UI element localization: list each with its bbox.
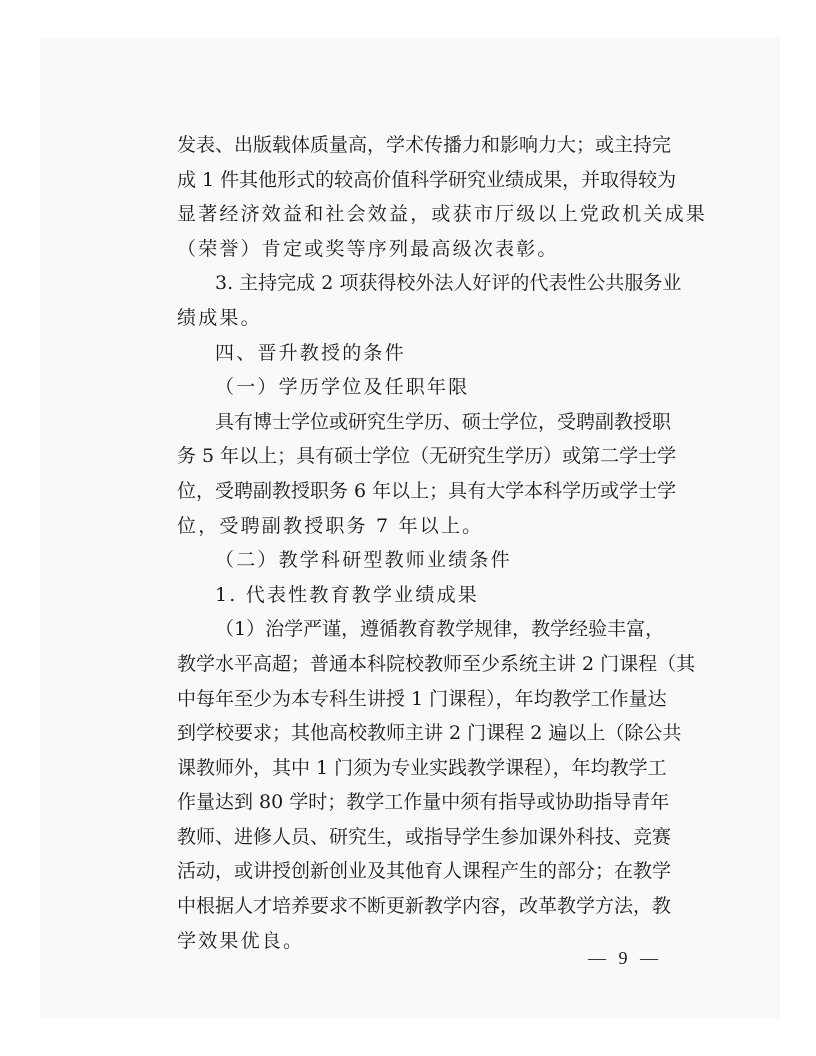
paragraph-line: 到学校要求；其他高校教师主讲 2 门课程 2 遍以上（除公共 (177, 716, 655, 751)
paragraph-line: 教学水平高超；普通本科院校教师至少系统主讲 2 门课程（其 (177, 647, 655, 682)
paragraph-line: （1）治学严谨，遵循教育教学规律，教学经验丰富， (177, 612, 655, 647)
paragraph-line: 课教师外，其中 1 门须为专业实践教学课程），年均教学工 (177, 751, 655, 786)
paragraph-line: 活动，或讲授创新创业及其他育人课程产生的部分；在教学 (177, 854, 655, 889)
subsection-heading-2: （二）教学科研型教师业绩条件 (177, 543, 655, 578)
paragraph-line: 成 1 件其他形式的较高价值科学研究业绩成果，并取得较为 (177, 163, 655, 198)
document-body: 发表、出版载体质量高，学术传播力和影响力大；或主持完 成 1 件其他形式的较高价… (177, 128, 655, 958)
paragraph-line: 具有博士学位或研究生学历、硕士学位，受聘副教授职 (177, 405, 655, 440)
paragraph-line: 中根据人才培养要求不断更新教学内容，改革教学方法，教 (177, 889, 655, 924)
paragraph-line: 位，受聘副教授职务 6 年以上；具有大学本科学历或学士学 (177, 474, 655, 509)
paragraph-line: 作量达到 80 学时；教学工作量中须有指导或协助指导青年 (177, 785, 655, 820)
section-heading-4: 四、晋升教授的条件 (177, 336, 655, 371)
paragraph-line: 显著经济效益和社会效益，或获市厅级以上党政机关成果 (177, 197, 655, 232)
paragraph-line: 中每年至少为本专科生讲授 1 门课程），年均教学工作量达 (177, 682, 655, 717)
paragraph-line: 发表、出版载体质量高，学术传播力和影响力大；或主持完 (177, 128, 655, 163)
paragraph-line: （荣誉）肯定或奖等序列最高级次表彰。 (177, 232, 655, 267)
page-number: — 9 — (588, 948, 662, 969)
paragraph-line: 学效果优良。 (177, 924, 655, 959)
item-heading-1: 1. 代表性教育教学业绩成果 (177, 578, 655, 613)
paragraph-line: 位，受聘副教授职务 7 年以上。 (177, 509, 655, 544)
paragraph-line: 务 5 年以上；具有硕士学位（无研究生学历）或第二学士学 (177, 439, 655, 474)
subsection-heading-1: （一）学历学位及任职年限 (177, 370, 655, 405)
list-item-3: 3. 主持完成 2 项获得校外法人好评的代表性公共服务业 (177, 266, 655, 301)
paragraph-line: 教师、进修人员、研究生，或指导学生参加课外科技、竞赛 (177, 820, 655, 855)
paragraph-line: 绩成果。 (177, 301, 655, 336)
